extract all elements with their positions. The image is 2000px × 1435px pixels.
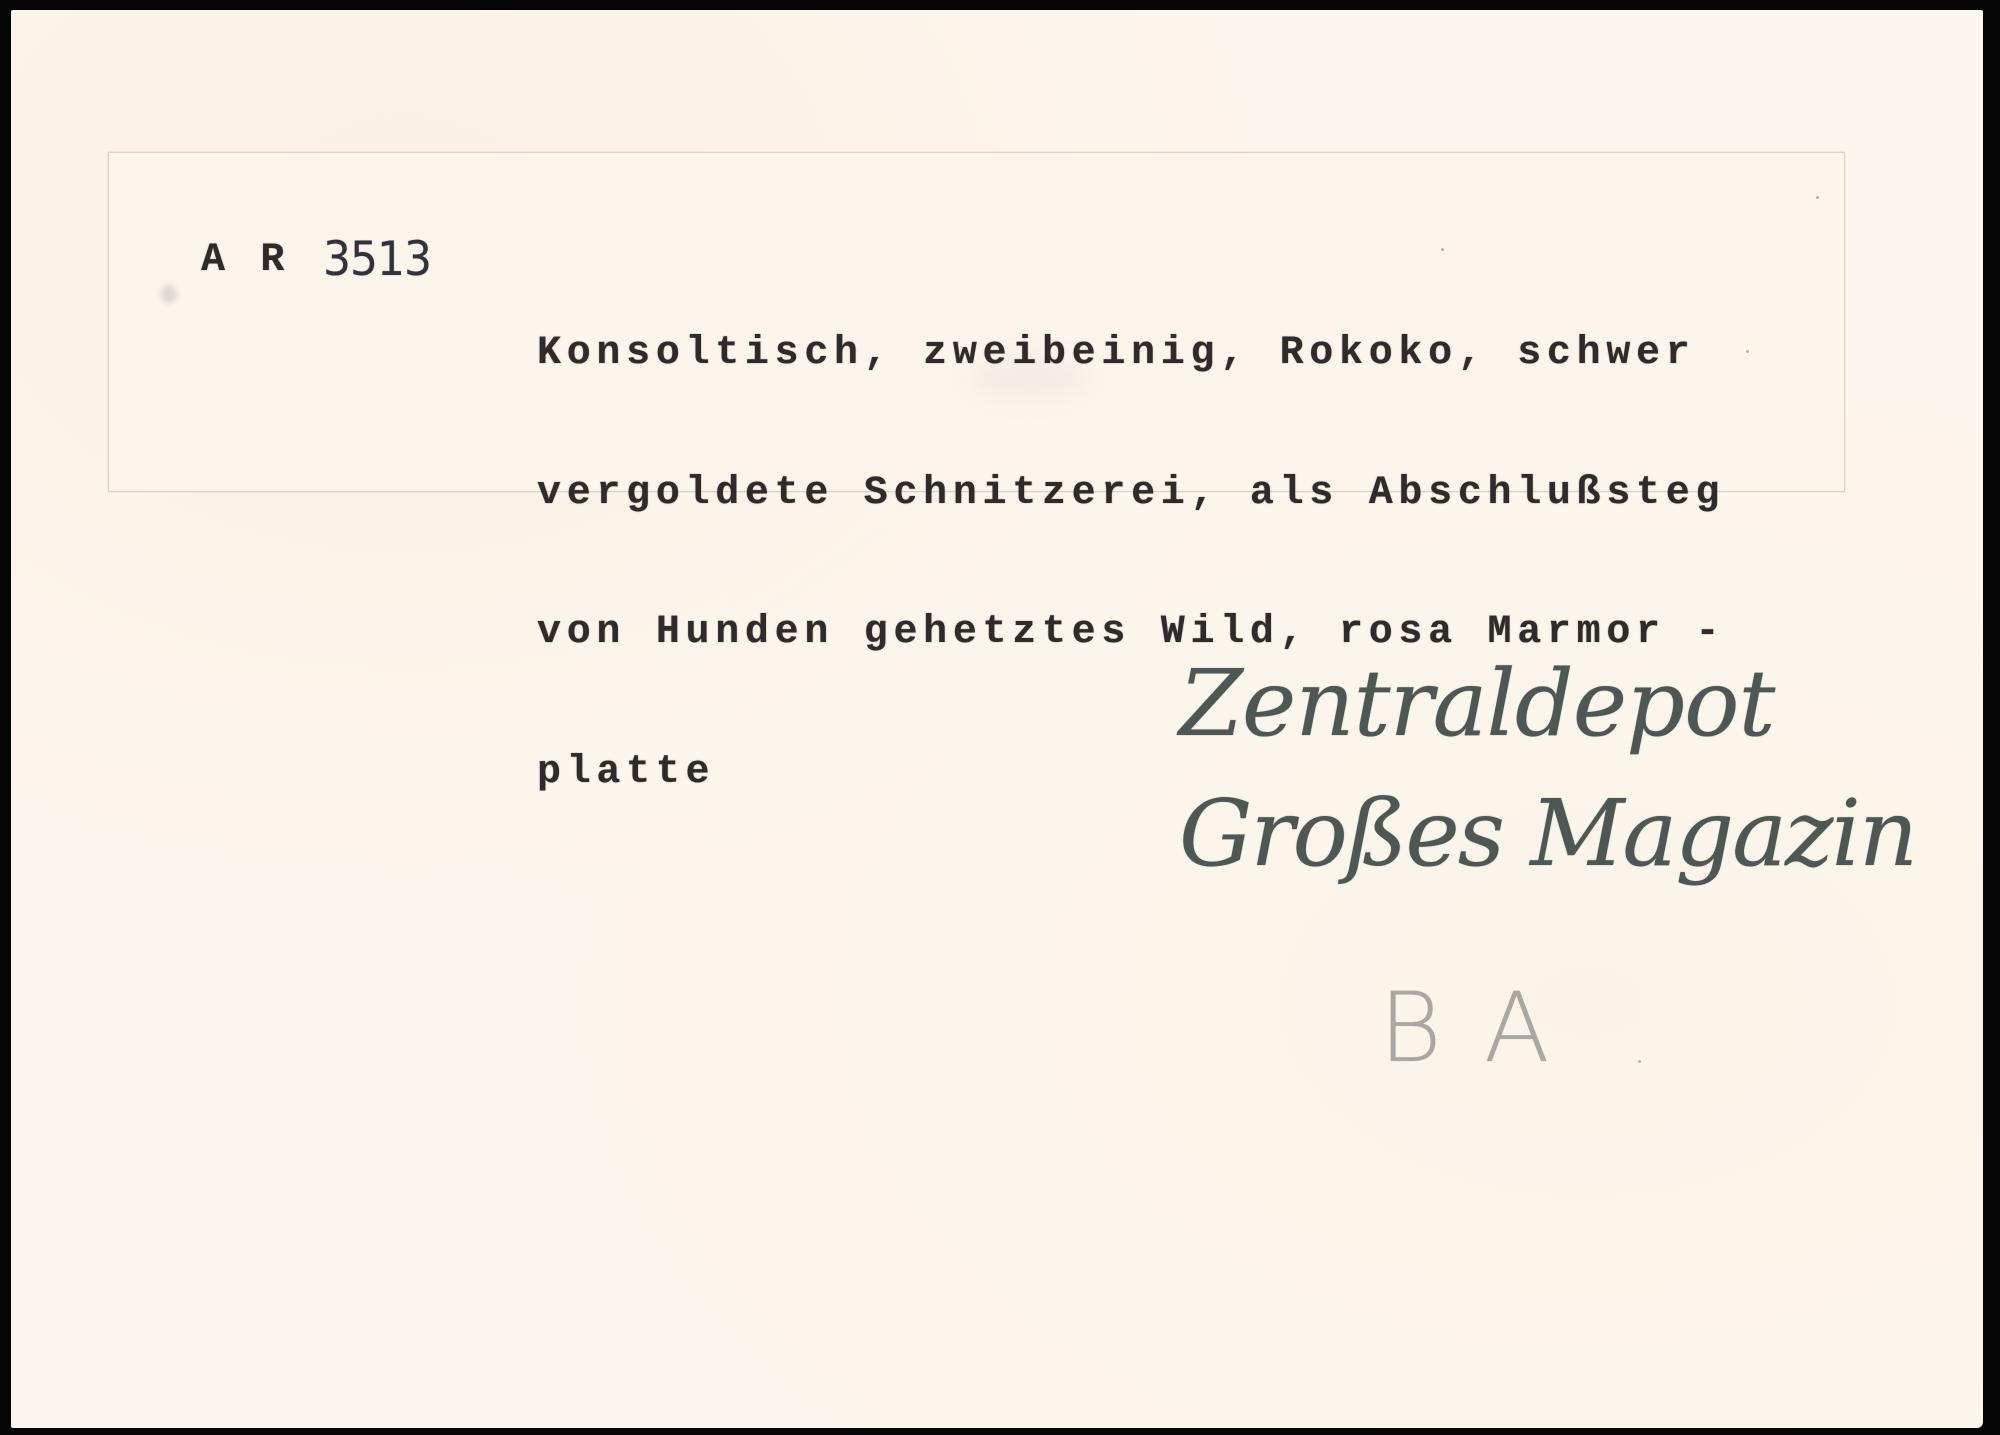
paper-speck [1441,248,1444,251]
description-line: Konsoltisch, zweibeinig, Rokoko, schwer [537,331,1725,378]
accession-prefix: A R [201,238,290,285]
pencil-initials: BA [1379,972,1592,1084]
paper-speck [1816,196,1819,199]
ink-smudge [161,285,177,303]
paper-speck [1746,350,1749,353]
archive-card: A R 3513 Konsoltisch, zweibeinig, Rokoko… [11,10,1983,1428]
description-line: vergoldete Schnitzerei, als Abschlußsteg [537,471,1725,518]
accession-number: 3513 [323,232,431,287]
handwritten-location-line-1: Zentraldepot [1179,650,1774,757]
handwritten-location-line-2: Großes Magazin [1179,780,1916,887]
paper-speck [1638,1060,1641,1063]
